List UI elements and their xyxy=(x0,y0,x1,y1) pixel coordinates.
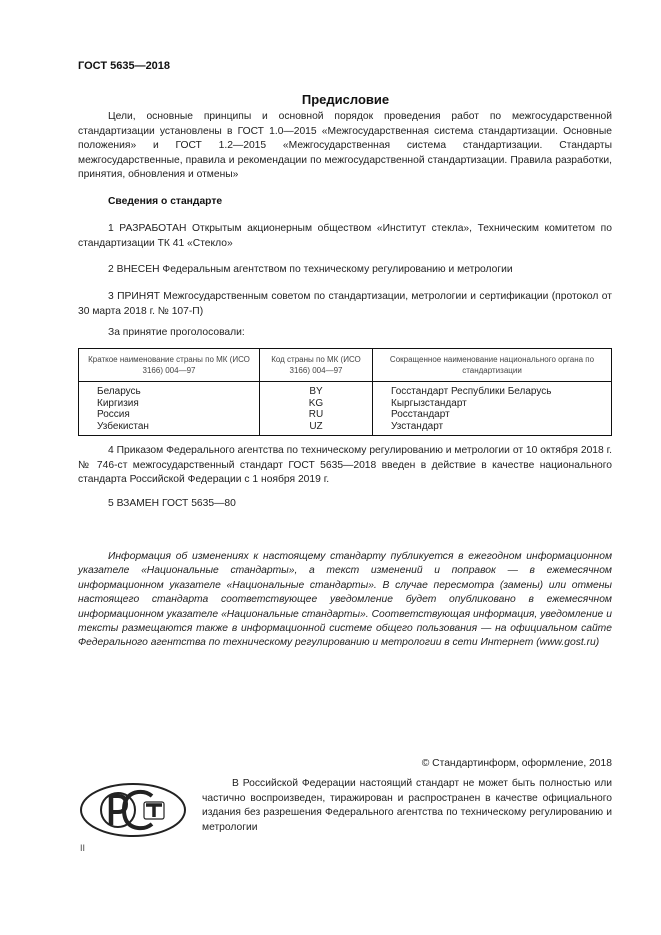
info-item-5: 5 ВЗАМЕН ГОСТ 5635—80 xyxy=(78,497,612,512)
cell-country: Узбекистан xyxy=(79,421,260,436)
reproduction-notice: В Российской Федерации настоящий стандар… xyxy=(202,777,612,835)
info-item-2: 2 ВНЕСЕН Федеральным агентством по техни… xyxy=(78,263,612,278)
cell-country: Беларусь xyxy=(79,382,260,398)
info-item-4: 4 Приказом Федерального агентства по тех… xyxy=(78,444,612,488)
cell-code: RU xyxy=(260,409,373,421)
cell-body: Кыргызстандарт xyxy=(373,398,612,410)
rst-certification-mark-icon xyxy=(78,781,188,839)
votes-table: Краткое наименование страны по МК (ИСО 3… xyxy=(78,348,612,436)
cell-country: Киргизия xyxy=(79,398,260,410)
info-item-3: 3 ПРИНЯТ Межгосударственным советом по с… xyxy=(78,290,612,319)
cell-code: UZ xyxy=(260,421,373,436)
copyright-line: © Стандартинформ, оформление, 2018 xyxy=(422,758,612,769)
table-header-row: Краткое наименование страны по МК (ИСО 3… xyxy=(79,349,612,382)
cell-body: Узстандарт xyxy=(373,421,612,436)
header-code: Код страны по МК (ИСО 3166) 004—97 xyxy=(260,349,373,382)
table-row: Россия RU Росстандарт xyxy=(79,409,612,421)
page-number: II xyxy=(80,843,85,853)
page-title: Предисловие xyxy=(0,92,661,107)
cell-body: Росстандарт xyxy=(373,409,612,421)
header-country: Краткое наименование страны по МК (ИСО 3… xyxy=(79,349,260,382)
change-info-paragraph: Информация об изменениях к настоящему ст… xyxy=(78,550,612,651)
table-row: Беларусь BY Госстандарт Республики Белар… xyxy=(79,382,612,398)
info-item-1: 1 РАЗРАБОТАН Открытым акционерным общест… xyxy=(78,222,612,251)
cell-code: BY xyxy=(260,382,373,398)
table-row: Узбекистан UZ Узстандарт xyxy=(79,421,612,436)
cell-country: Россия xyxy=(79,409,260,421)
intro-paragraph: Цели, основные принципы и основной поряд… xyxy=(78,110,612,183)
vote-label: За принятие проголосовали: xyxy=(108,327,245,338)
cell-body: Госстандарт Республики Беларусь xyxy=(373,382,612,398)
header-body: Сокращенное наименование национального о… xyxy=(373,349,612,382)
cell-code: KG xyxy=(260,398,373,410)
document-page: ГОСТ 5635—2018 Предисловие Цели, основны… xyxy=(0,0,661,935)
standard-info-heading: Сведения о стандарте xyxy=(108,196,222,207)
standard-code: ГОСТ 5635—2018 xyxy=(78,60,170,72)
table-row: Киргизия KG Кыргызстандарт xyxy=(79,398,612,410)
